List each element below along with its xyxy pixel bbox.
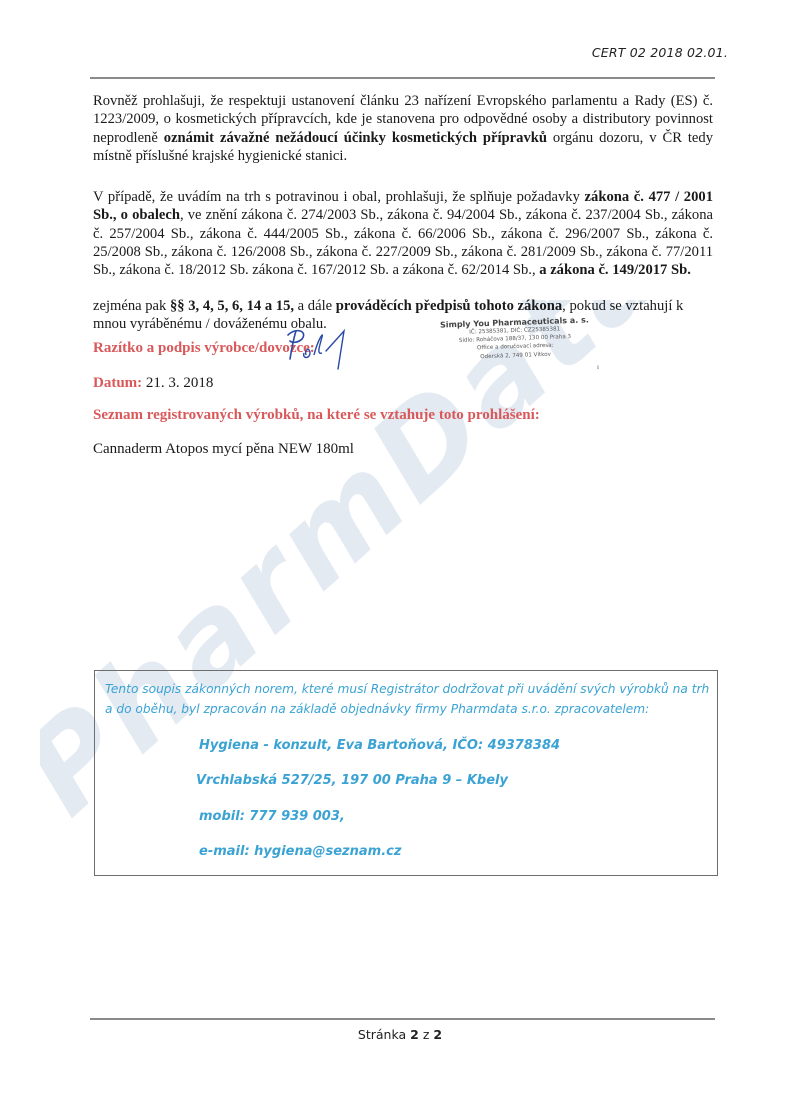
paragraph-packaging-law: V případě, že uvádím na trh s potravinou… [93,188,713,279]
document-reference: CERT 02 2018 02.01. [592,45,728,60]
products-list-title: Seznam registrovaných výrobků, na které … [93,407,540,424]
info-phone: mobil: 777 939 003, [199,809,345,824]
p2-bold-2: a zákona č. 149/2017 Sb. [539,262,691,278]
stamp-mark: ı [597,363,599,371]
info-company: Hygiena - konzult, Eva Bartoňová, IČO: 4… [199,738,560,753]
page-prefix: Stránka [358,1027,410,1042]
p3-bold-2: prováděcích předpisů tohoto zákona [336,298,562,314]
page-number: Stránka 2 z 2 [0,1027,800,1042]
p3-bold-1: §§ 3, 4, 5, 6, 14 a 15, [170,298,294,314]
p1-bold-1: oznámit závažné nežádoucí účinky kosmeti… [164,130,547,146]
p3-text-2: a dále [294,298,336,314]
company-stamp: Simply You Pharmaceuticals a. s. IČ: 253… [439,315,590,362]
footer-divider [90,1018,715,1020]
p3-text-1: zejména pak [93,298,170,314]
p2-text-1: V případě, že uvádím na trh s potravinou… [93,189,585,205]
date-value: 21. 3. 2018 [142,375,213,391]
page-separator: z [419,1027,434,1042]
paragraph-cosmetics-regulation: Rovněž prohlašuji, že respektuji ustanov… [93,92,713,165]
page-total: 2 [433,1027,442,1042]
page-current: 2 [410,1027,419,1042]
date-line: Datum: 21. 3. 2018 [93,375,213,392]
processor-info-box: Tento soupis zákonných norem, které musí… [94,670,718,876]
handwritten-signature [282,325,362,373]
info-address: Vrchlabská 527/25, 197 00 Praha 9 – Kbel… [196,773,508,788]
info-intro: Tento soupis zákonných norem, které musí… [105,679,711,719]
header-divider [90,77,715,79]
date-label: Datum: [93,375,142,391]
info-email[interactable]: e-mail: hygiena@seznam.cz [199,844,401,859]
paragraph-sections: zejména pak §§ 3, 4, 5, 6, 14 a 15, a dá… [93,297,713,334]
product-item: Cannaderm Atopos mycí pěna NEW 180ml [93,441,354,458]
